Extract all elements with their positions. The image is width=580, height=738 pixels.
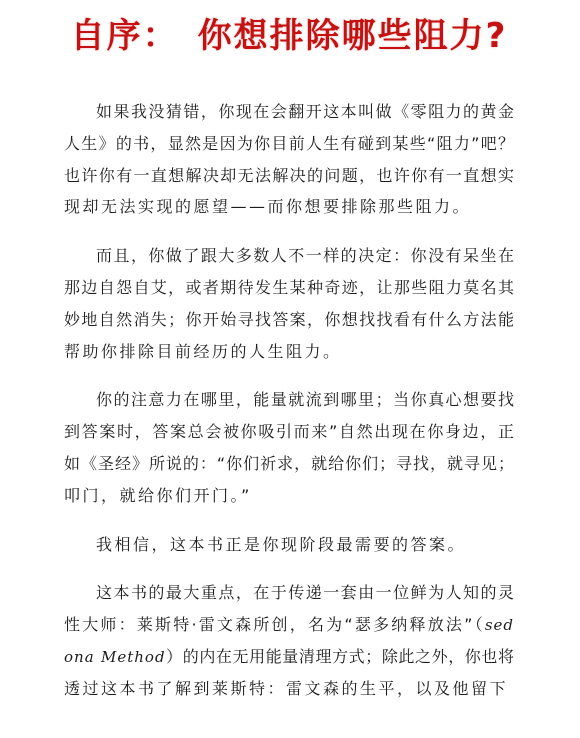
body-text-run: 我相信，这本书正是你现阶段最需要的答案。 <box>96 535 466 554</box>
text-line: 现却无法实现的愿望——而你想要排除那些阻力。 <box>64 191 514 223</box>
body-text-run: 帮助你排除目前经历的人生阻力。 <box>64 342 342 361</box>
paragraph: 我相信，这本书正是你现阶段最需要的答案。 <box>64 529 514 561</box>
text-line: ona Method）的内在无用能量清理方式；除此之外，你也将 <box>64 641 514 673</box>
paragraph: 如果我没猜错，你现在会翻开这本叫做《零阻力的黄金人生》的书，显然是因为你目前人生… <box>64 96 514 223</box>
text-line: 人生》的书，显然是因为你目前人生有碰到某些“阻力”吧？ <box>64 128 514 160</box>
text-line: 而且，你做了跟大多数人不一样的决定：你没有呆坐在 <box>64 240 514 272</box>
body-text-run: 到答案时，答案总会被你吸引而来”自然出现在你身边，正 <box>64 422 514 441</box>
text-line: 叩门，就给你们开门。” <box>64 480 514 512</box>
body-text-run: 那边自怨自艾，或者期待发生某种奇迹，让那些阻力莫名其 <box>64 278 514 297</box>
paragraph: 你的注意力在哪里，能量就流到哪里；当你真心想要找到答案时，答案总会被你吸引而来”… <box>64 384 514 511</box>
body-text-run: 妙地自然消失；你开始寻找答案，你想找找看有什么方法能 <box>64 310 514 329</box>
page-title: 自序： 你想排除哪些阻力? <box>64 12 514 60</box>
body-text-run: 如《圣经》所说的：“你们祈求，就给你们；寻找，就寻见； <box>64 454 514 473</box>
text-line: 帮助你排除目前经历的人生阻力。 <box>64 336 514 368</box>
body-text-run: 你的注意力在哪里，能量就流到哪里；当你真心想要找 <box>96 390 514 409</box>
body-text-run: 这本书的最大重点，在于传递一套由一位鲜为人知的灵 <box>96 583 514 602</box>
text-line: 妙地自然消失；你开始寻找答案，你想找找看有什么方法能 <box>64 304 514 336</box>
body-text-run: 也许你有一直想解决却无法解决的问题，也许你有一直想实 <box>64 166 514 185</box>
body-text-run: ）的内在无用能量清理方式；除此之外，你也将 <box>166 647 514 666</box>
latin-italic-text: ona Method <box>64 648 166 666</box>
paragraph: 这本书的最大重点，在于传递一套由一位鲜为人知的灵性大师：莱斯特·雷文森所创，名为… <box>64 577 514 704</box>
paragraph: 而且，你做了跟大多数人不一样的决定：你没有呆坐在那边自怨自艾，或者期待发生某种奇… <box>64 240 514 367</box>
text-line: 我相信，这本书正是你现阶段最需要的答案。 <box>64 529 514 561</box>
document-page: 自序： 你想排除哪些阻力? 如果我没猜错，你现在会翻开这本叫做《零阻力的黄金人生… <box>0 0 580 738</box>
text-line: 性大师：莱斯特·雷文森所创，名为“瑟多纳释放法”（sed <box>64 609 514 641</box>
body-text-run: 性大师：莱斯特·雷文森所创，名为“瑟多纳释放法”（ <box>64 615 485 634</box>
body-text-run: 现却无法实现的愿望——而你想要排除那些阻力。 <box>64 197 471 216</box>
body-text-run: 而且，你做了跟大多数人不一样的决定：你没有呆坐在 <box>96 246 514 265</box>
text-line: 如果我没猜错，你现在会翻开这本叫做《零阻力的黄金 <box>64 96 514 128</box>
body-text-run: 人生》的书，显然是因为你目前人生有碰到某些“阻力”吧？ <box>64 134 514 153</box>
text-line: 透过这本书了解到莱斯特：雷文森的生平，以及他留下的许 <box>64 673 514 705</box>
text-line: 这本书的最大重点，在于传递一套由一位鲜为人知的灵 <box>64 577 514 609</box>
text-line: 你的注意力在哪里，能量就流到哪里；当你真心想要找 <box>64 384 514 416</box>
body-text-run: 叩门，就给你们开门。” <box>64 486 252 505</box>
body-text-run: 透过这本书了解到莱斯特：雷文森的生平，以及他留下的许 <box>64 679 508 705</box>
body-text-run: 如果我没猜错，你现在会翻开这本叫做《零阻力的黄金 <box>96 102 514 121</box>
text-line: 如《圣经》所说的：“你们祈求，就给你们；寻找，就寻见； <box>64 448 514 480</box>
latin-italic-text: sed <box>485 616 514 634</box>
text-line: 到答案时，答案总会被你吸引而来”自然出现在你身边，正 <box>64 416 514 448</box>
text-line: 那边自怨自艾，或者期待发生某种奇迹，让那些阻力莫名其 <box>64 272 514 304</box>
text-line: 也许你有一直想解决却无法解决的问题，也许你有一直想实 <box>64 160 514 192</box>
document-body: 如果我没猜错，你现在会翻开这本叫做《零阻力的黄金人生》的书，显然是因为你目前人生… <box>64 96 514 705</box>
